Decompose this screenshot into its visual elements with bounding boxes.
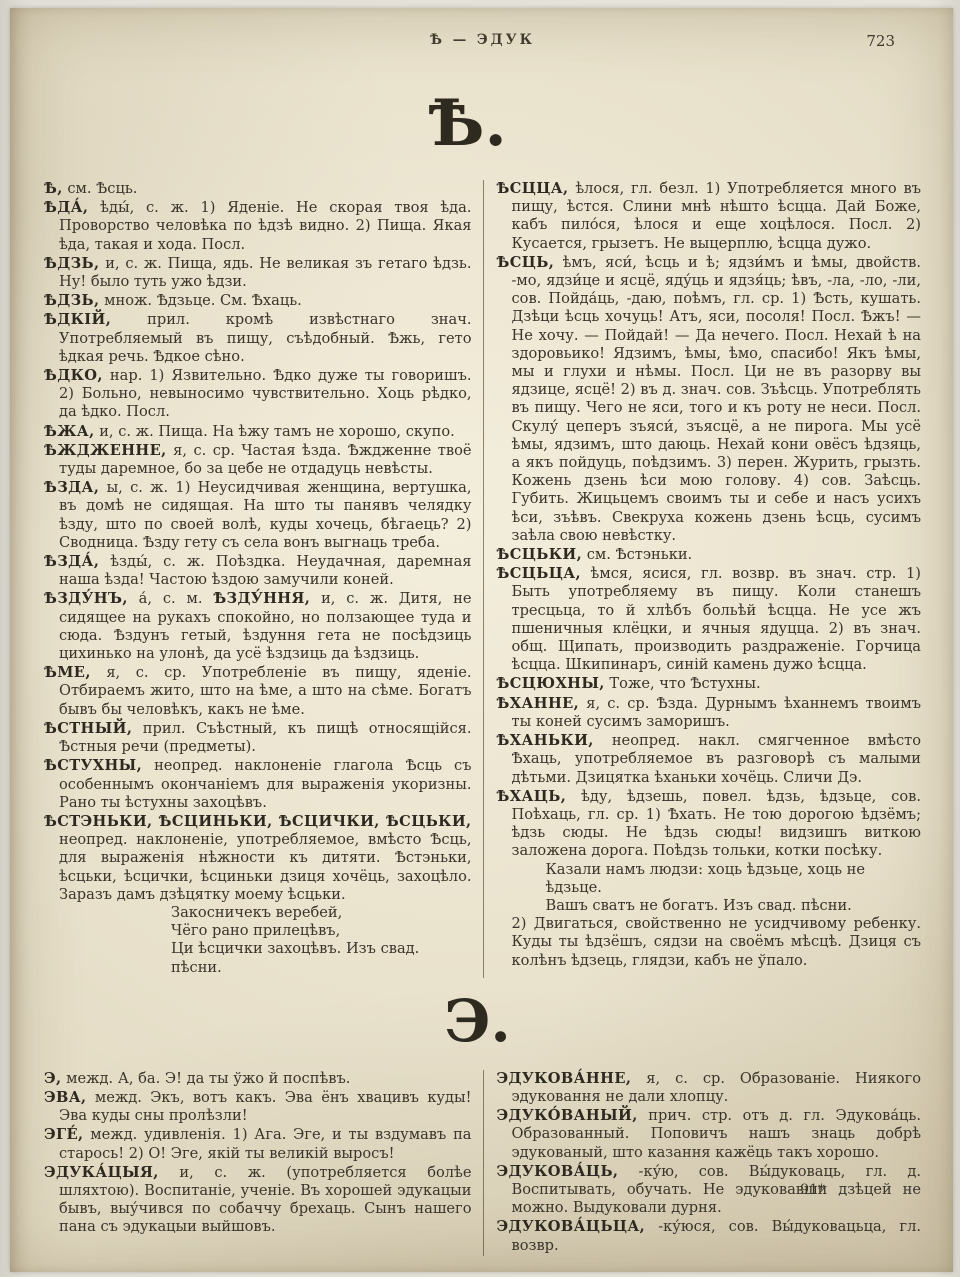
verse-line: Ци ѣсцички захоцѣвъ. Изъ свад. пѣсни. (171, 940, 472, 976)
dictionary-entry: ѢДА́, ѣды́, с. ж. 1) Яденіе. Не скорая т… (44, 199, 472, 254)
dictionary-entry: ѢХАНЬКИ, неопред. накл. смягченное вмѣст… (497, 732, 922, 787)
verse-line: Вашъ сватъ не богатъ. Изъ свад. пѣсни. (546, 897, 922, 915)
section-letter-yat: Ѣ. (44, 92, 891, 156)
dictionary-entry: ѢЗДУ́НЪ, а́, с. м. ѢЗДУ́ННЯ, и, с. ж. Ди… (44, 590, 472, 663)
dictionary-entry: ѢДЗЬ, множ. Ѣдзьце. См. Ѣхаць. (44, 292, 472, 310)
dictionary-entry: ѢМЕ, я, с. ср. Употребленіе въ пищу, яде… (44, 664, 472, 719)
dictionary-entry: ѢСЦЬ, ѣмъ, яси́, ѣсць и ѣ; ядзи́мъ и ѣмы… (497, 254, 922, 545)
scanned-page: Ѣ — ЭДУК 723 Ѣ. Ѣ, см. Ѣсць. ѢДА́, ѣды́,… (0, 0, 960, 1277)
entry-headword: ѢСЦЬЦА, (497, 565, 581, 582)
entry-text: ѣды́, с. ж. 1) Яденіе. Не скорая твоя ѣд… (59, 199, 472, 252)
entry-headword: ЭДУКА́ЦЫЯ, (44, 1164, 159, 1181)
e-left-column: Э, межд. А, ба. Э! да ты ўжо й поспѣвъ. … (44, 1070, 483, 1256)
dictionary-entry: ѢЗДА́, ѣзды́, с. ж. Поѣздка. Неудачная, … (44, 553, 472, 589)
entry-text: я, с. ср. Употребленіе въ пищу, яденіе. … (59, 664, 472, 717)
entry-text: межд. Экъ, вотъ какъ. Эва ёнъ хвацивъ ку… (59, 1089, 472, 1124)
entry-text: см. Ѣстэньки. (582, 546, 692, 563)
entry-headword: ѢСЦЮХНЫ, (497, 675, 605, 692)
entry-text: и, с. ж. Пища, ядь. Не великая зъ гетаго… (59, 255, 472, 290)
dictionary-entry: Э, межд. А, ба. Э! да ты ўжо й поспѣвъ. (44, 1070, 472, 1088)
dictionary-entry: ЭДУКО́ВАНЫЙ, прич. стр. отъ д. гл. Эдуко… (497, 1107, 922, 1162)
dictionary-entry: ѢСЦЦА, ѣлося, гл. безл. 1) Употребляется… (497, 180, 922, 253)
dictionary-entry: ЭГЕ́, межд. удивленія. 1) Ага. Эге, и ты… (44, 1126, 472, 1162)
entry-text: ѣмъ, яси́, ѣсць и ѣ; ядзи́мъ и ѣмы, двой… (512, 254, 922, 544)
dictionary-entry: ѢХАЦЬ, ѣду, ѣдзешь, повел. ѣдзь, ѣдзьце,… (497, 788, 922, 970)
dictionary-entry: ѢСТУХНЫ, неопред. наклоненіе глагола Ѣсц… (44, 757, 472, 812)
entry-text: неопред. наклоненіе, употребляемое, вмѣс… (59, 831, 472, 903)
entry-headword: ѢЗДУ́НЪ, (44, 590, 128, 607)
catchwords: Ѣ — ЭДУК (44, 32, 921, 48)
dictionary-entry: ѢДЗЬ, и, с. ж. Пища, ядь. Не великая зъ … (44, 255, 472, 291)
dictionary-entry: ѢСТЭНЬКИ, ѢСЦИНЬКИ, ѢСЦИЧКИ, ѢСЦЬКИ, нео… (44, 813, 472, 977)
entry-headword: ѢДЗЬ, (44, 292, 99, 309)
entry-headword: ЭДУКОВА́ЦЬ, (497, 1163, 619, 1180)
dictionary-entry: ЭДУКОВА́ННЕ, я, с. ср. Образованіе. Нияк… (497, 1070, 922, 1106)
dictionary-entry: ѢХАННЕ, я, с. ср. Ѣзда. Дурнымъ ѣханнемъ… (497, 695, 922, 731)
dictionary-entry: ѢЗДА, ы, с. ж. 1) Неусидчивая женщина, в… (44, 479, 472, 552)
entry-headword: ѢМЕ, (44, 664, 91, 681)
entry-headword: ѢСЦЦА, (497, 180, 569, 197)
entry-headword: ѢДКІЙ, (44, 311, 111, 328)
entry-headword-secondary: ѢЗДУ́ННЯ, (213, 590, 310, 607)
dictionary-entry: ѢСЦЮХНЫ, Тоже, что Ѣстухны. (497, 675, 922, 693)
section-e-columns: Э, межд. А, ба. Э! да ты ўжо й поспѣвъ. … (44, 1070, 921, 1256)
entry-headword: ѢДА́, (44, 199, 88, 216)
entry-text: межд. удивленія. 1) Ага. Эге, и ты вздум… (59, 1126, 472, 1161)
entry-headword: ЭВА, (44, 1089, 87, 1106)
entry-headword: ѢЖДЖЕННЕ, (44, 442, 167, 459)
running-head: Ѣ — ЭДУК 723 (44, 32, 921, 54)
dictionary-entry: ѢЖА, и, с. ж. Пища. На ѣжу тамъ не хорош… (44, 423, 472, 441)
dictionary-entry: ѢСЦЬЦА, ѣмся, ясися, гл. возвр. въ знач.… (497, 565, 922, 674)
entry-headword: ѢСТУХНЫ, (44, 757, 142, 774)
entry-headword: Э, (44, 1070, 62, 1087)
entry-text: и, с. ж. Пища. На ѣжу тамъ не хорошо, ск… (95, 423, 455, 440)
yat-left-column: Ѣ, см. Ѣсць. ѢДА́, ѣды́, с. ж. 1) Яденіе… (44, 180, 483, 978)
entry-headword: ЭДУКОВА́ННЕ, (497, 1070, 632, 1087)
entry-headword: Ѣ, (44, 180, 63, 197)
entry-headword: ЭДУКОВА́ЦЬЦА, (497, 1218, 646, 1235)
yat-right-column: ѢСЦЦА, ѣлося, гл. безл. 1) Употребляется… (483, 180, 922, 978)
dictionary-entry: ѢЖДЖЕННЕ, я, с. ср. Частая ѣзда. Ѣждженн… (44, 442, 472, 478)
entry-text: ѣду, ѣдзешь, повел. ѣдзь, ѣдзьце, сов. П… (512, 788, 922, 860)
entry-text: ѣлося, гл. безл. 1) Употребляется много … (512, 180, 922, 252)
dictionary-page: Ѣ — ЭДУК 723 Ѣ. Ѣ, см. Ѣсць. ѢДА́, ѣды́,… (10, 8, 953, 1272)
entry-headword: ѢДЗЬ, (44, 255, 99, 272)
dictionary-entry: ЭВА, межд. Экъ, вотъ какъ. Эва ёнъ хваци… (44, 1089, 472, 1125)
page-number: 723 (866, 32, 895, 50)
section-letter-e: Э. (44, 992, 911, 1050)
entry-text: ѣзды́, с. ж. Поѣздка. Неудачная, даремна… (59, 553, 472, 588)
entry-headword: ѢСТЭНЬКИ, ѢСЦИНЬКИ, ѢСЦИЧКИ, ѢСЦЬКИ, (44, 813, 472, 830)
page-inner: Ѣ — ЭДУК 723 Ѣ. Ѣ, см. Ѣсць. ѢДА́, ѣды́,… (10, 8, 953, 1256)
entry-headword: ѢЗДА, (44, 479, 99, 496)
dictionary-entry: ѢСТНЫЙ, прил. Съѣстный, къ пищѣ относящі… (44, 720, 472, 756)
entry-continuation: 2) Двигаться, свойственно не усидчивому … (512, 915, 922, 970)
dictionary-entry: ЭДУКОВА́ЦЬЦА, -ку́юся, сов. Вы́дуковацьц… (497, 1218, 922, 1254)
dictionary-entry: ЭДУКОВА́ЦЬ, -ку́ю, сов. Вы́дуковаць, гл.… (497, 1163, 922, 1218)
dictionary-entry: Ѣ, см. Ѣсць. (44, 180, 472, 198)
e-right-column: ЭДУКОВА́ННЕ, я, с. ср. Образованіе. Нияк… (483, 1070, 922, 1256)
entry-text: прил. кромѣ извѣстнаго знач. Употребляем… (59, 311, 472, 364)
entry-headword: ѢХАЦЬ, (497, 788, 567, 805)
entry-text: Тоже, что Ѣстухны. (605, 675, 761, 692)
printer-signature: 91* (800, 1182, 825, 1198)
entry-headword: ѢСЦЬ, (497, 254, 555, 271)
entry-headword: ѢСТНЫЙ, (44, 720, 132, 737)
verse-line: Казали намъ людзи: хоць ѣдзьце, хоць не … (546, 861, 922, 897)
entry-text: нар. 1) Язвительно. Ѣдко дуже ты говориш… (59, 367, 472, 420)
entry-headword: ѢДКО, (44, 367, 103, 384)
entry-headword: ЭДУКО́ВАНЫЙ, (497, 1107, 638, 1124)
entry-text: см. Ѣсць. (63, 180, 138, 197)
entry-headword: ѢХАНЬКИ, (497, 732, 594, 749)
dictionary-entry: ѢСЦЬКИ, см. Ѣстэньки. (497, 546, 922, 564)
entry-headword: ѢЖА, (44, 423, 95, 440)
dictionary-entry: ЭДУКА́ЦЫЯ, и, с. ж. (употребляется болѣе… (44, 1164, 472, 1237)
entry-headword: ѢСЦЬКИ, (497, 546, 583, 563)
section-yat-columns: Ѣ, см. Ѣсць. ѢДА́, ѣды́, с. ж. 1) Яденіе… (44, 180, 921, 978)
entry-headword: ѢХАННЕ, (497, 695, 580, 712)
entry-text: ы, с. ж. 1) Неусидчивая женщина, вертушк… (59, 479, 472, 551)
verse-line: Закосничекъ веребей, (171, 904, 472, 922)
entry-headword: ѢЗДА́, (44, 553, 99, 570)
verse-line: Чёго рано прилецѣвъ, (171, 922, 472, 940)
dictionary-entry: ѢДКІЙ, прил. кромѣ извѣстнаго знач. Упот… (44, 311, 472, 366)
entry-text: а́, с. м. (128, 590, 213, 607)
dictionary-entry: ѢДКО, нар. 1) Язвительно. Ѣдко дуже ты г… (44, 367, 472, 422)
entry-text: множ. Ѣдзьце. См. Ѣхаць. (99, 292, 301, 309)
entry-text: межд. А, ба. Э! да ты ўжо й поспѣвъ. (62, 1070, 351, 1087)
entry-headword: ЭГЕ́, (44, 1126, 84, 1143)
